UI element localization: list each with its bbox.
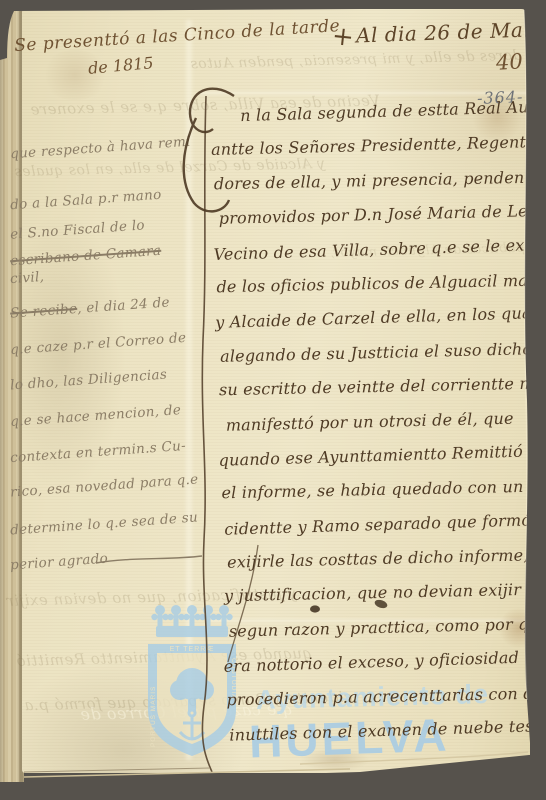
main-text-line: su escritto de veintte del corrientte me…	[219, 374, 542, 415]
main-text-block: n la Sala segunda de estta Real Aud.a an…	[210, 98, 546, 759]
binding-edge	[0, 8, 24, 800]
manuscript-scan: dores de ella, y mi presencia, penden Au…	[0, 0, 546, 800]
motto-text-left: PORTUS MARIS	[150, 686, 157, 747]
cross-mark: +	[330, 21, 355, 53]
motto-text-top: ET TERRÆ	[170, 646, 215, 653]
main-text-line: dores de ella, y mi presencia, penden Au…	[214, 167, 537, 208]
coat-of-arms-crown	[151, 605, 232, 637]
folio-number: 40	[495, 49, 523, 74]
margin-note-line: civil,	[9, 269, 44, 287]
